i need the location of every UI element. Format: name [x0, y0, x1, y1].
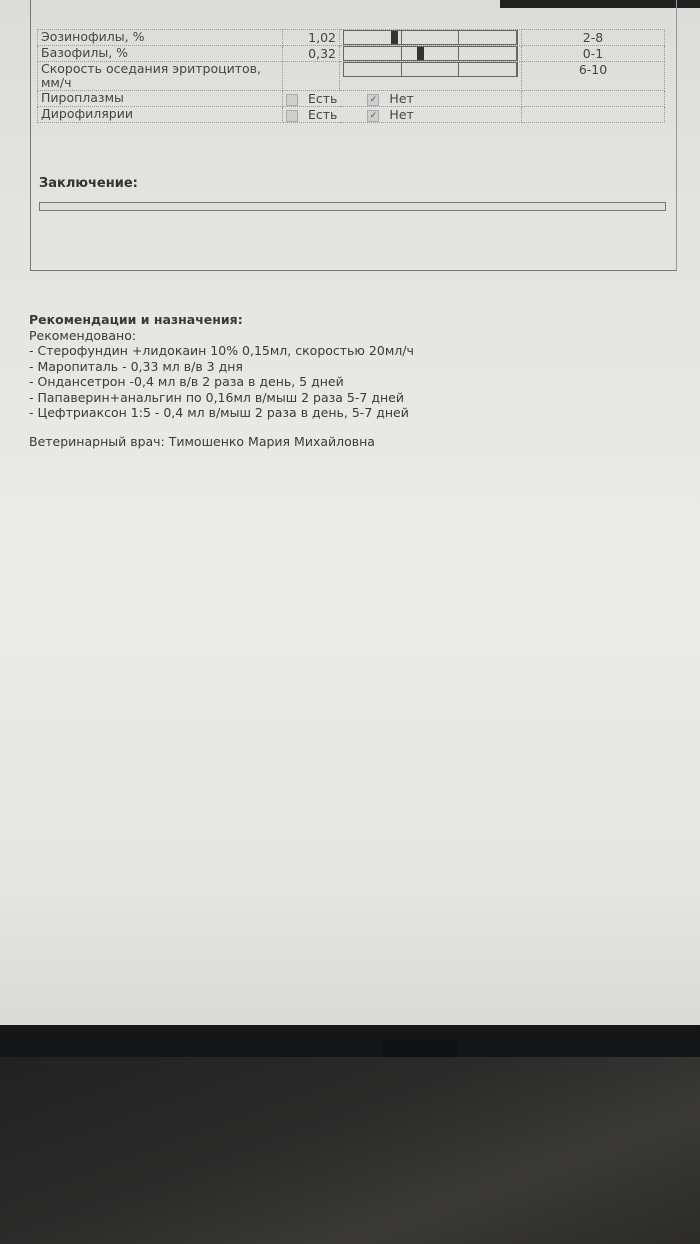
checkbox-yes: [286, 110, 298, 122]
conclusion-field: [39, 202, 666, 211]
table-row: Скорость оседания эритроцитов, мм/ч 6-10: [38, 62, 665, 91]
lab-results-table: Эозинофилы, % 1,02 2-8 Базофилы, % 0,32 …: [37, 29, 665, 123]
checkbox-yes-label: Есть: [308, 91, 337, 106]
clipboard-edge: [0, 1025, 700, 1057]
list-item: - Маропиталь - 0,33 мл в/в 3 дня: [29, 359, 414, 375]
list-item: - Стерофундин +лидокаин 10% 0,15мл, скор…: [29, 343, 414, 359]
param-name: Базофилы, %: [38, 46, 283, 62]
list-item: - Ондансетрон -0,4 мл в/в 2 раза в день,…: [29, 374, 414, 390]
range-bar: [343, 30, 518, 45]
param-value: 1,02: [283, 30, 340, 46]
conclusion-title: Заключение:: [39, 176, 138, 191]
param-value: 0,32: [283, 46, 340, 62]
param-name: Эозинофилы, %: [38, 30, 283, 46]
checkbox-yes: [286, 94, 298, 106]
checkbox-no: ✓: [367, 94, 379, 106]
value-marker: [417, 47, 424, 60]
checkbox-no-label: Нет: [389, 91, 413, 106]
background-surface: [0, 1057, 700, 1244]
check-name: Дирофилярии: [38, 107, 283, 123]
list-item: - Цефтриаксон 1:5 - 0,4 мл в/мыш 2 раза …: [29, 405, 414, 421]
param-norm: 2-8: [522, 30, 665, 46]
range-bar: [343, 62, 518, 77]
range-bar: [343, 46, 518, 61]
param-norm: 6-10: [522, 62, 665, 91]
param-value: [283, 62, 340, 91]
check-name: Пироплазмы: [38, 91, 283, 107]
checkbox-no-label: Нет: [389, 107, 413, 122]
param-norm: 0-1: [522, 46, 665, 62]
doctor-signature: Ветеринарный врач: Тимошенко Мария Михай…: [29, 434, 414, 450]
recommendations-intro: Рекомендовано:: [29, 328, 414, 344]
param-name: Скорость оседания эритроцитов, мм/ч: [38, 62, 283, 91]
recommendations-title: Рекомендации и назначения:: [29, 312, 414, 328]
list-item: - Папаверин+анальгин по 0,16мл в/мыш 2 р…: [29, 390, 414, 406]
checkbox-yes-label: Есть: [308, 107, 337, 122]
table-row: Пироплазмы Есть✓Нет: [38, 91, 665, 107]
table-row: Эозинофилы, % 1,02 2-8: [38, 30, 665, 46]
value-marker: [391, 31, 398, 44]
table-row: Дирофилярии Есть✓Нет: [38, 107, 665, 123]
checkbox-no: ✓: [367, 110, 379, 122]
recommendations-section: Рекомендации и назначения: Рекомендовано…: [29, 312, 414, 449]
table-row: Базофилы, % 0,32 0-1: [38, 46, 665, 62]
